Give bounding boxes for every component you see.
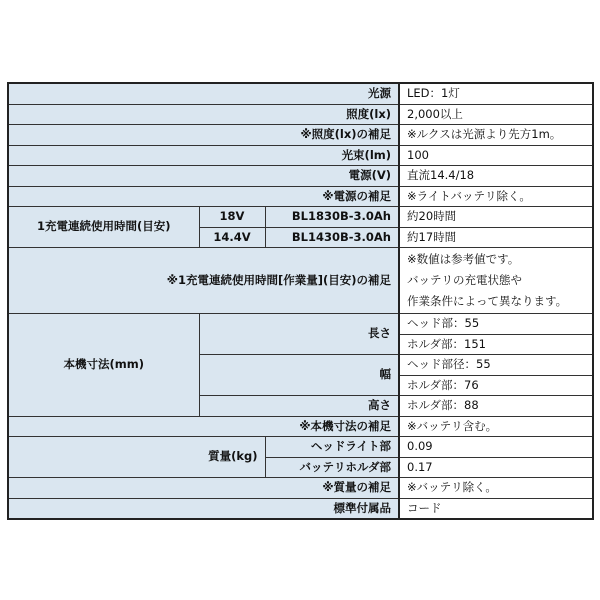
luminous-flux-label: 光束(lm) — [8, 145, 399, 166]
row-luminous-flux: 光束(lm) 100 — [8, 145, 593, 166]
illuminance-note-value: ※ルクスは光源より先方1m。 — [399, 125, 593, 146]
runtime-value: 約17時間 — [399, 227, 593, 248]
runtime-note-label: ※1充電連続使用時間[作業量](目安)の補足 — [8, 248, 399, 314]
row-accessories: 標準付属品 コード — [8, 498, 593, 519]
mass-value: 0.09 — [399, 437, 593, 458]
light-source-value: LED：1灯 — [399, 83, 593, 104]
spec-table: 光源 LED：1灯 照度(lx) 2,000以上 ※照度(lx)の補足 ※ルクス… — [7, 82, 594, 520]
luminous-flux-value: 100 — [399, 145, 593, 166]
illuminance-value: 2,000以上 — [399, 104, 593, 125]
runtime-note-line: バッテリの充電状態や — [407, 270, 585, 291]
runtime-voltage: 18V — [199, 207, 265, 228]
power-note-value: ※ライトバッテリ除く。 — [399, 186, 593, 207]
power-note-label: ※電源の補足 — [8, 186, 399, 207]
mass-note-value: ※バッテリ除く。 — [399, 478, 593, 499]
accessories-value: コード — [399, 498, 593, 519]
row-light-source: 光源 LED：1灯 — [8, 83, 593, 104]
dimensions-length-value: ホルダ部：151 — [399, 334, 593, 355]
mass-value: 0.17 — [399, 457, 593, 478]
runtime-battery: BL1430B-3.0Ah — [265, 227, 399, 248]
dimensions-note-label: ※本機寸法の補足 — [8, 416, 399, 437]
runtime-label: 1充電連続使用時間(目安) — [8, 207, 199, 248]
mass-label: 質量(kg) — [8, 437, 265, 478]
runtime-note-value: ※数値は参考値です。 バッテリの充電状態や 作業条件によって異なります。 — [399, 248, 593, 314]
mass-part-label: バッテリホルダ部 — [265, 457, 399, 478]
row-dimensions-note: ※本機寸法の補足 ※バッテリ含む。 — [8, 416, 593, 437]
row-illuminance: 照度(lx) 2,000以上 — [8, 104, 593, 125]
row-power-note: ※電源の補足 ※ライトバッテリ除く。 — [8, 186, 593, 207]
dimensions-height-value: ホルダ部：88 — [399, 396, 593, 417]
runtime-value: 約20時間 — [399, 207, 593, 228]
row-mass-head: 質量(kg) ヘッドライト部 0.09 — [8, 437, 593, 458]
dimensions-width-value: ヘッド部径：55 — [399, 355, 593, 376]
illuminance-label: 照度(lx) — [8, 104, 399, 125]
dimensions-length-label: 長さ — [199, 314, 399, 355]
row-power: 電源(V) 直流14.4/18 — [8, 166, 593, 187]
row-runtime-18v: 1充電連続使用時間(目安) 18V BL1830B-3.0Ah 約20時間 — [8, 207, 593, 228]
power-value: 直流14.4/18 — [399, 166, 593, 187]
mass-note-label: ※質量の補足 — [8, 478, 399, 499]
row-illuminance-note: ※照度(lx)の補足 ※ルクスは光源より先方1m。 — [8, 125, 593, 146]
power-label: 電源(V) — [8, 166, 399, 187]
dimensions-note-value: ※バッテリ含む。 — [399, 416, 593, 437]
illuminance-note-label: ※照度(lx)の補足 — [8, 125, 399, 146]
dimensions-width-label: 幅 — [199, 355, 399, 396]
runtime-battery: BL1830B-3.0Ah — [265, 207, 399, 228]
light-source-label: 光源 — [8, 83, 399, 104]
runtime-note-line: ※数値は参考値です。 — [407, 249, 585, 270]
dimensions-label: 本機寸法(mm) — [8, 314, 199, 417]
row-mass-note: ※質量の補足 ※バッテリ除く。 — [8, 478, 593, 499]
dimensions-height-label: 高さ — [199, 396, 399, 417]
dimensions-width-value: ホルダ部：76 — [399, 375, 593, 396]
accessories-label: 標準付属品 — [8, 498, 399, 519]
row-runtime-note: ※1充電連続使用時間[作業量](目安)の補足 ※数値は参考値です。 バッテリの充… — [8, 248, 593, 314]
mass-part-label: ヘッドライト部 — [265, 437, 399, 458]
row-dimensions-length-head: 本機寸法(mm) 長さ ヘッド部：55 — [8, 314, 593, 335]
runtime-note-line: 作業条件によって異なります。 — [407, 291, 585, 312]
dimensions-length-value: ヘッド部：55 — [399, 314, 593, 335]
runtime-voltage: 14.4V — [199, 227, 265, 248]
